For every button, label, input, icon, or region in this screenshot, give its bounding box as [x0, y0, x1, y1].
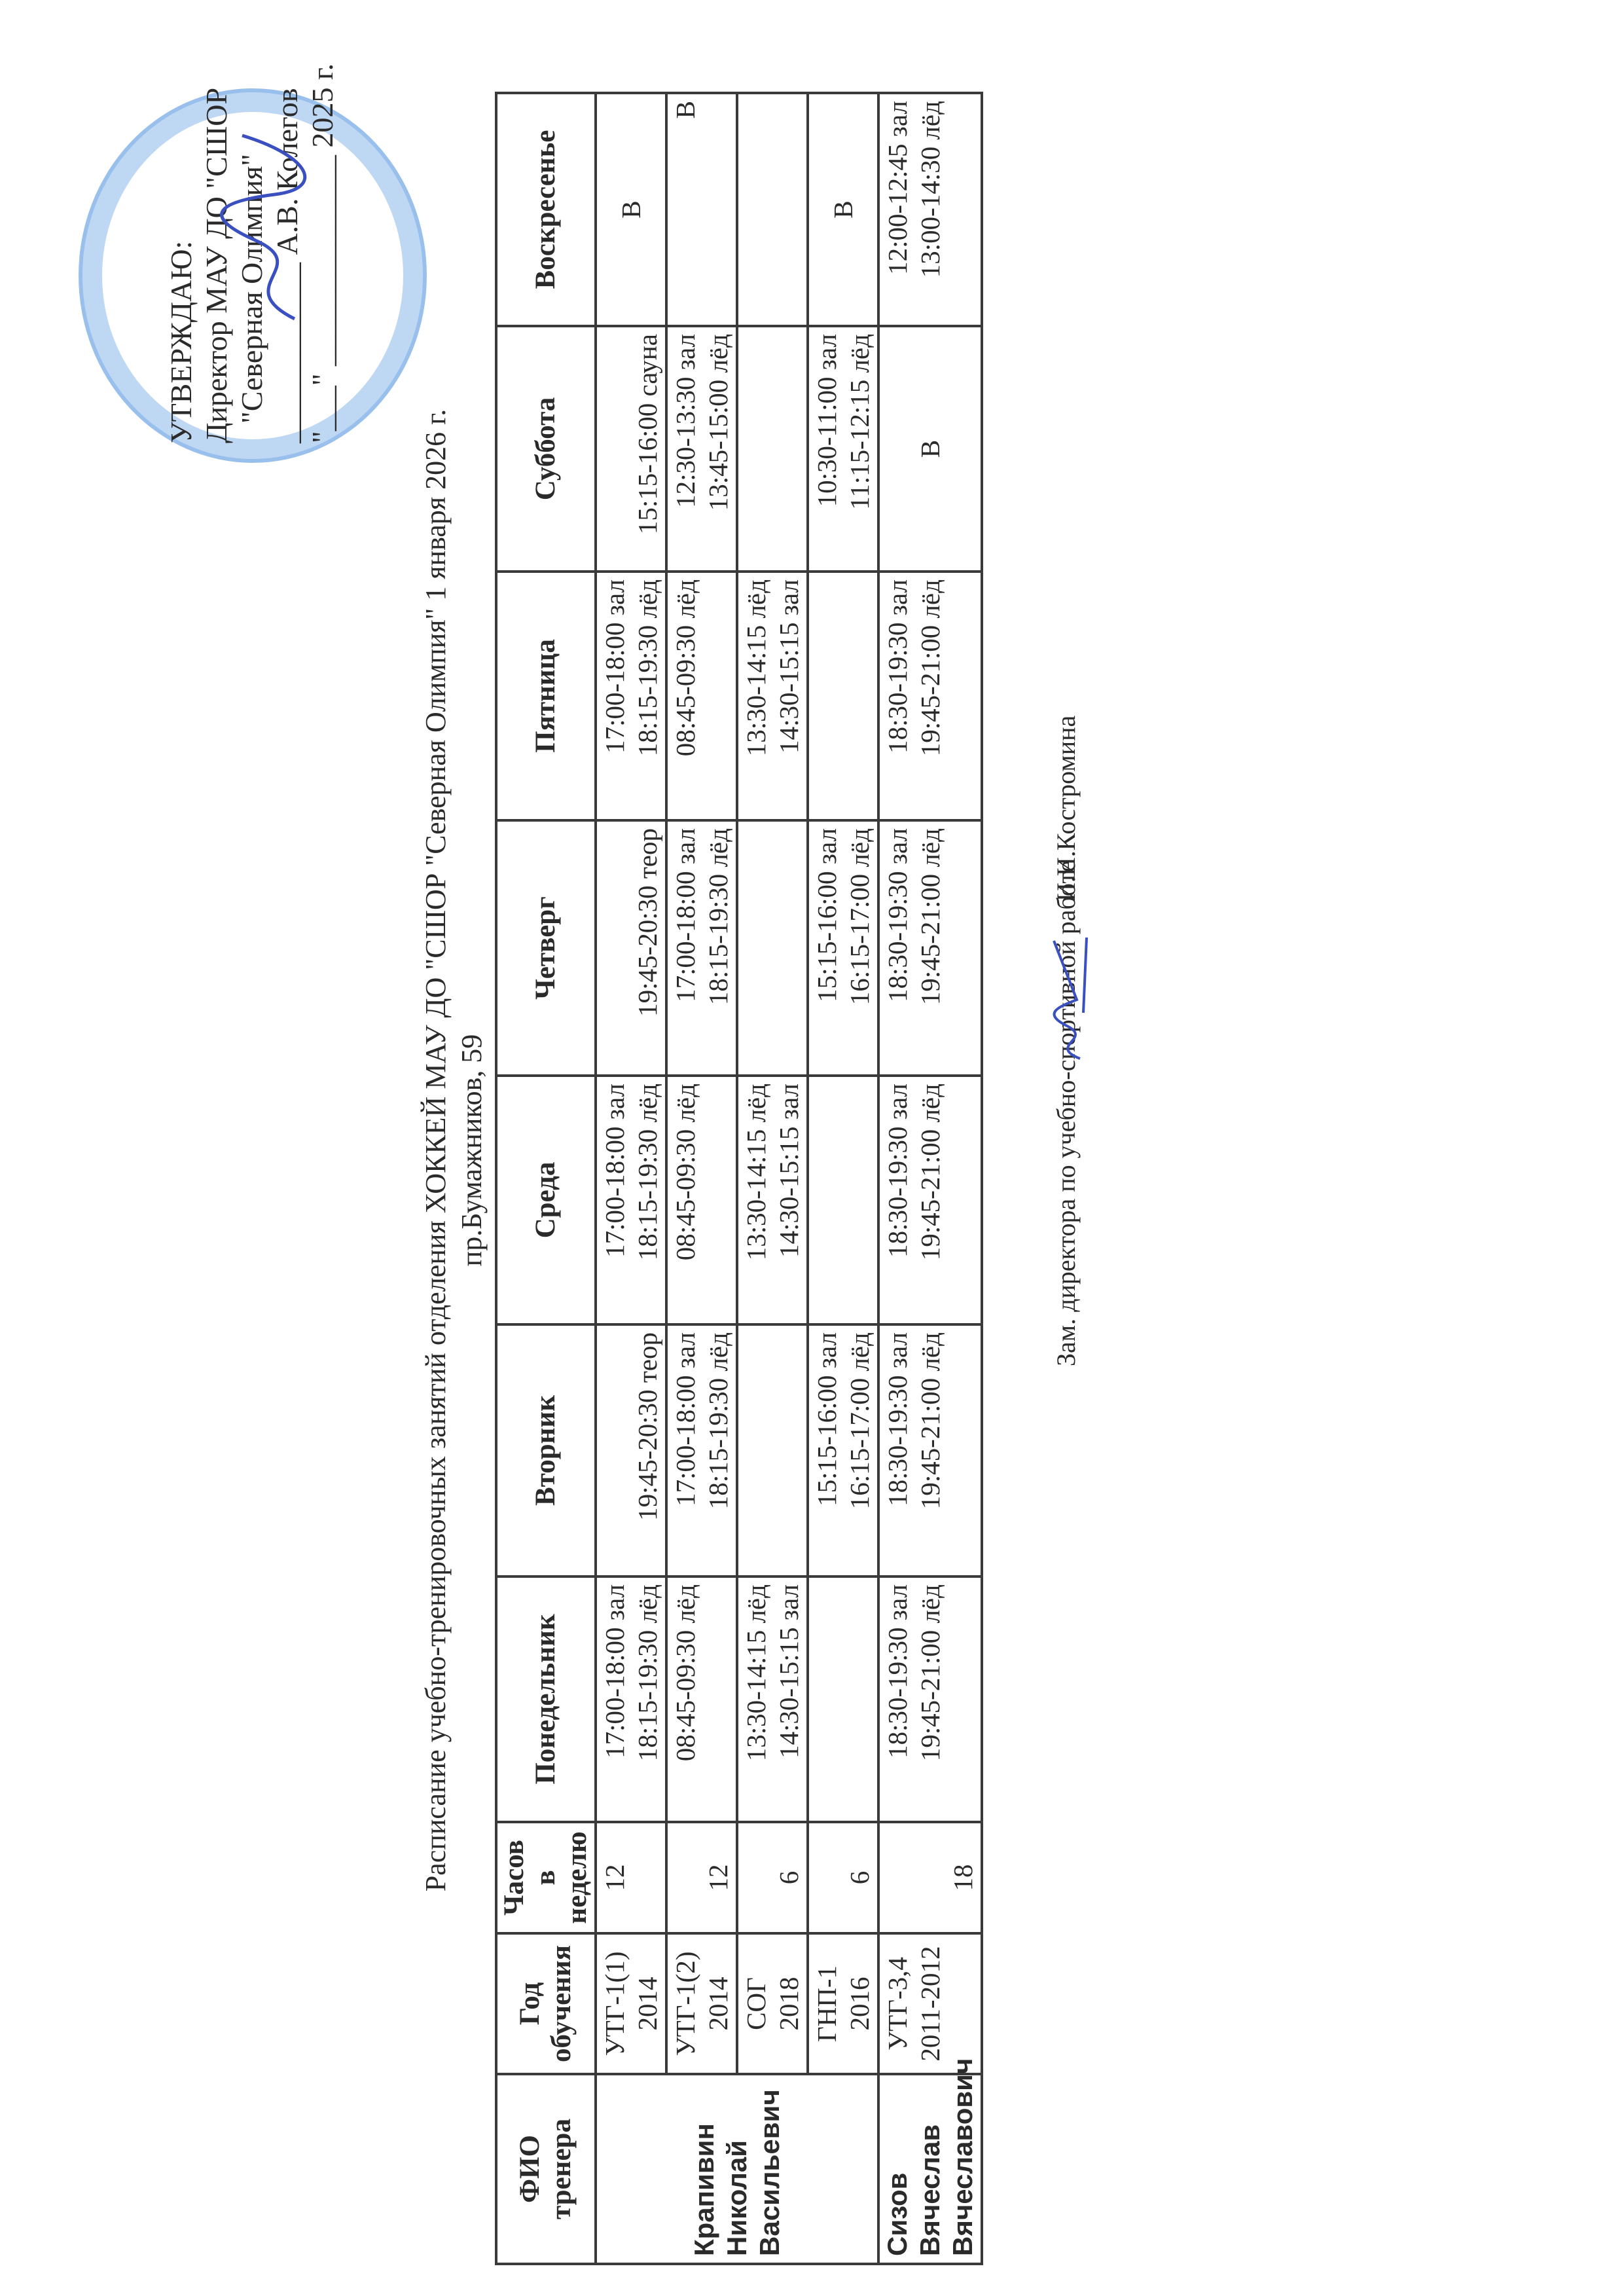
session-slot: 14:30-15:15 зал	[772, 579, 805, 812]
session-slot: 17:00-18:00 зал	[669, 828, 702, 1068]
trainer-name-line: Николай	[721, 2082, 753, 2256]
trainer-name-line: Вячеславович	[947, 2082, 979, 2256]
session-slot: 17:00-18:00 зал	[669, 1332, 702, 1569]
session-slot: 08:45-09:30 лёд	[669, 579, 702, 812]
session-slot: 18:30-19:30 зал	[881, 828, 914, 1068]
footer-name: И.И.Костромина	[1051, 716, 1081, 902]
approval-heading: УТВЕРЖДАЮ:	[164, 24, 199, 443]
cell-thursday: 15:15-16:00 зал16:15-17:00 лёд	[808, 820, 878, 1076]
trainer-name-cell: КрапивинНиколайВасильевич	[596, 2074, 878, 2264]
session-slot: 19:45-21:00 лёд	[914, 579, 947, 812]
session-slot: 15:15-16:00 зал	[810, 828, 843, 1068]
trainer-name-cell: СизовВячеславВячеславович	[878, 2074, 982, 2264]
cell-wednesday	[808, 1076, 878, 1324]
approval-position-2: "Северная Олимпия"	[234, 24, 270, 443]
group-name: ГНП-1	[810, 1941, 843, 2066]
footer-position: Зам. директора по учебно-спортивной рабо…	[1051, 860, 1081, 1366]
cell-friday: 18:30-19:30 зал19:45-21:00 лёд	[878, 572, 982, 820]
session-slot: 17:00-18:00 зал	[598, 1084, 631, 1317]
cell-tuesday: 18:30-19:30 зал19:45-21:00 лёд	[878, 1324, 982, 1576]
group-name: СОГ	[740, 1941, 772, 2066]
table-row: СизовВячеславВячеславовичУТГ-3,42011-201…	[878, 93, 982, 2264]
cell-monday: 18:30-19:30 зал19:45-21:00 лёд	[878, 1576, 982, 1822]
session-slot: 16:15-17:00 лёд	[843, 828, 876, 1068]
header-wednesday: Среда	[496, 1076, 596, 1324]
group-name: УТГ-1(2)	[669, 1941, 702, 2066]
header-tuesday: Вторник	[496, 1324, 596, 1576]
group-name: УТГ-3,4	[881, 1941, 914, 2066]
session-slot: 14:30-15:15 зал	[772, 1084, 805, 1317]
trainer-name-line: Васильевич	[753, 2082, 786, 2256]
hours-cell: 18	[878, 1822, 982, 1933]
approval-signatory: ____________ А.В. Колегов	[270, 24, 305, 443]
session-slot: 18:30-19:30 зал	[881, 1584, 914, 1814]
cell-thursday	[737, 820, 808, 1076]
trainer-name-line: Вячеслав	[914, 2082, 947, 2256]
approval-date: "___" ______________ 2025 г.	[305, 24, 340, 443]
cell-friday: 08:45-09:30 лёд	[666, 572, 737, 820]
cell-wednesday: 08:45-09:30 лёд	[666, 1076, 737, 1324]
session-slot: 17:00-18:00 зал	[598, 1584, 631, 1814]
session-slot: 13:30-14:15 лёд	[740, 579, 772, 812]
table-row: УТГ-1(2)20141208:45-09:30 лёд17:00-18:00…	[666, 93, 737, 2264]
session-slot: 19:45-20:30 теор	[631, 828, 664, 1068]
cell-monday: 17:00-18:00 зал18:15-19:30 лёд	[596, 1576, 666, 1822]
session-slot: 18:30-19:30 зал	[881, 1332, 914, 1569]
cell-sunday: В	[666, 93, 737, 326]
cell-thursday: 18:30-19:30 зал19:45-21:00 лёд	[878, 820, 982, 1076]
cell-thursday: 19:45-20:30 теор	[596, 820, 666, 1076]
session-slot: В	[827, 101, 859, 318]
session-slot: 19:45-21:00 лёд	[914, 828, 947, 1068]
session-slot: 19:45-21:00 лёд	[914, 1584, 947, 1814]
session-slot: В	[615, 101, 647, 318]
birth-year: 2014	[702, 1941, 734, 2066]
birth-year: 2011-2012	[914, 1941, 947, 2066]
session-slot: В	[914, 334, 947, 564]
cell-wednesday: 13:30-14:15 лёд14:30-15:15 зал	[737, 1076, 808, 1324]
cell-wednesday: 18:30-19:30 зал19:45-21:00 лёд	[878, 1076, 982, 1324]
session-slot: 19:45-21:00 лёд	[914, 1084, 947, 1317]
cell-sunday: В	[808, 93, 878, 326]
cell-sunday: 12:00-12:45 зал13:00-14:30 лёд	[878, 93, 982, 326]
cell-saturday: 12:30-13:30 зал13:45-15:00 лёд	[666, 326, 737, 572]
session-slot: 17:00-18:00 зал	[598, 579, 631, 812]
session-slot: 12:30-13:30 зал	[669, 334, 702, 564]
cell-saturday: В	[878, 326, 982, 572]
cell-tuesday: 19:45-20:30 теор	[596, 1324, 666, 1576]
table-row: СОГ2018613:30-14:15 лёд14:30-15:15 зал13…	[737, 93, 808, 2264]
approval-position-1: Директор МАУ ДО "СШОР	[199, 24, 234, 443]
cell-friday: 13:30-14:15 лёд14:30-15:15 зал	[737, 572, 808, 820]
cell-sunday: В	[596, 93, 666, 326]
cell-friday: 17:00-18:00 зал18:15-19:30 лёд	[596, 572, 666, 820]
group-year-cell: ГНП-12016	[808, 1933, 878, 2074]
session-slot: 11:15-12:15 лёд	[843, 334, 876, 564]
trainer-name-line: Крапивин	[688, 2082, 721, 2256]
header-hours: Часов в неделю	[496, 1822, 596, 1933]
session-slot: 18:15-19:30 лёд	[631, 579, 664, 812]
schedule-body: КрапивинНиколайВасильевичУТГ-1(1)2014121…	[596, 93, 982, 2264]
session-slot: 12:00-12:45 зал	[881, 101, 914, 318]
birth-year: 2018	[772, 1941, 805, 2066]
hours-cell: 6	[737, 1822, 808, 1933]
header-thursday: Четверг	[496, 820, 596, 1076]
session-slot: 13:45-15:00 лёд	[702, 334, 734, 564]
birth-year: 2016	[843, 1941, 876, 2066]
header-monday: Понедельник	[496, 1576, 596, 1822]
session-slot: 13:30-14:15 лёд	[740, 1084, 772, 1317]
cell-friday	[808, 572, 878, 820]
approval-block: УТВЕРЖДАЮ: Директор МАУ ДО "СШОР "Северн…	[164, 24, 340, 443]
session-slot: 18:15-19:30 лёд	[631, 1584, 664, 1814]
session-slot: 19:45-20:30 теор	[631, 1332, 664, 1569]
group-name: УТГ-1(1)	[598, 1941, 631, 2066]
cell-saturday	[737, 326, 808, 572]
trainer-name-line: Сизов	[881, 2082, 914, 2256]
cell-tuesday: 15:15-16:00 зал16:15-17:00 лёд	[808, 1324, 878, 1576]
cell-sunday	[737, 93, 808, 326]
header-sunday: Воскресенье	[496, 93, 596, 326]
table-header-row: ФИО тренера Год обучения Часов в неделю …	[496, 93, 596, 2264]
cell-saturday: 10:30-11:00 зал11:15-12:15 лёд	[808, 326, 878, 572]
cell-tuesday	[737, 1324, 808, 1576]
cell-monday: 13:30-14:15 лёд14:30-15:15 зал	[737, 1576, 808, 1822]
session-slot: 15:15-16:00 сауна	[631, 334, 664, 564]
group-year-cell: СОГ2018	[737, 1933, 808, 2074]
session-slot: 18:15-19:30 лёд	[702, 1332, 734, 1569]
session-slot: 18:15-19:30 лёд	[702, 828, 734, 1068]
birth-year: 2014	[631, 1941, 664, 2066]
document-address: пр.Бумажников, 59	[455, 70, 489, 2231]
session-slot: 14:30-15:15 зал	[772, 1584, 805, 1814]
hours-cell: 12	[666, 1822, 737, 1933]
approval-signatory-name: А.В. Колегов	[270, 88, 304, 255]
session-slot: 08:45-09:30 лёд	[669, 1584, 702, 1814]
header-trainer: ФИО тренера	[496, 2074, 596, 2264]
session-slot: 13:30-14:15 лёд	[740, 1584, 772, 1814]
session-slot: В	[669, 101, 702, 318]
rotated-page: Расписание учебно-тренировочных занятий …	[0, 0, 1624, 2296]
cell-wednesday: 17:00-18:00 зал18:15-19:30 лёд	[596, 1076, 666, 1324]
cell-monday: 08:45-09:30 лёд	[666, 1576, 737, 1822]
session-slot: 18:15-19:30 лёд	[631, 1084, 664, 1317]
session-slot: 18:30-19:30 зал	[881, 1084, 914, 1317]
session-slot: 13:00-14:30 лёд	[914, 101, 947, 318]
table-row: ГНП-12016615:15-16:00 зал16:15-17:00 лёд…	[808, 93, 878, 2264]
cell-saturday: 15:15-16:00 сауна	[596, 326, 666, 572]
session-slot: 16:15-17:00 лёд	[843, 1332, 876, 1569]
header-saturday: Суббота	[496, 326, 596, 572]
approval-date-day: "___"	[306, 373, 339, 443]
session-slot: 19:45-21:00 лёд	[914, 1332, 947, 1569]
table-row: КрапивинНиколайВасильевичУТГ-1(1)2014121…	[596, 93, 666, 2264]
header-friday: Пятница	[496, 572, 596, 820]
document-title: Расписание учебно-тренировочных занятий …	[419, 70, 453, 2231]
group-year-cell: УТГ-1(2)2014	[666, 1933, 737, 2074]
cell-thursday: 17:00-18:00 зал18:15-19:30 лёд	[666, 820, 737, 1076]
session-slot: 08:45-09:30 лёд	[669, 1084, 702, 1317]
cell-monday	[808, 1576, 878, 1822]
schedule-table: ФИО тренера Год обучения Часов в неделю …	[495, 92, 983, 2265]
session-slot: 18:30-19:30 зал	[881, 579, 914, 812]
approval-date-year: 2025 г.	[306, 64, 339, 148]
session-slot: 10:30-11:00 зал	[810, 334, 843, 564]
session-slot: 15:15-16:00 зал	[810, 1332, 843, 1569]
group-year-cell: УТГ-3,42011-2012	[878, 1933, 982, 2074]
group-year-cell: УТГ-1(1)2014	[596, 1933, 666, 2074]
cell-tuesday: 17:00-18:00 зал18:15-19:30 лёд	[666, 1324, 737, 1576]
hours-cell: 6	[808, 1822, 878, 1933]
hours-cell: 12	[596, 1822, 666, 1933]
header-year: Год обучения	[496, 1933, 596, 2074]
